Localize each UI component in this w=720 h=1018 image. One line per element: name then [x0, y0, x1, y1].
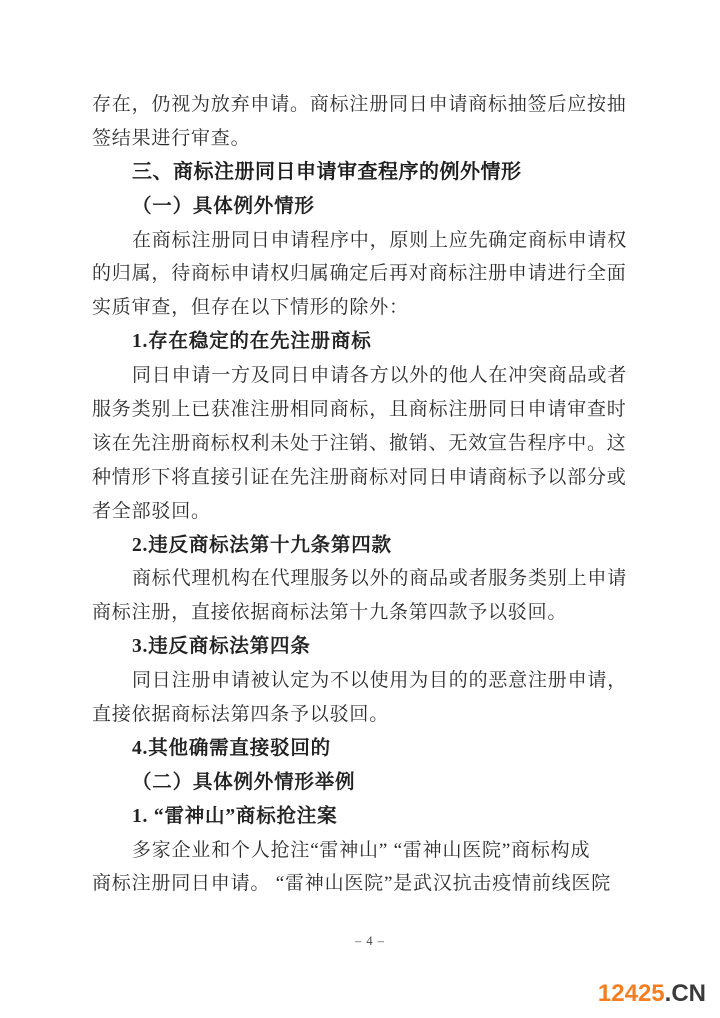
site-watermark: 12425.CN [598, 982, 706, 1006]
sub-heading: （一）具体例外情形 [92, 190, 628, 224]
document-page: 存在，仍视为放弃申请。商标注册同日申请商标抽签后应按抽 签结果进行审查。 三、商… [0, 0, 720, 1018]
body-line: 签结果进行审查。 [92, 122, 628, 156]
body-line: 的归属，待商标申请权归属确定后再对商标注册申请进行全面 [92, 257, 628, 291]
body-line: 同日注册申请被认定为不以使用为目的的恶意注册申请， [92, 664, 628, 698]
numbered-heading: 4.其他确需直接驳回的 [92, 732, 628, 766]
sub-heading: （二）具体例外情形举例 [92, 766, 628, 800]
numbered-heading: 2.违反商标法第十九条第四款 [92, 529, 628, 563]
body-line: 实质审查，但存在以下情形的除外： [92, 291, 628, 325]
watermark-tld: .CN [665, 980, 706, 1007]
numbered-heading: 1.存在稳定的在先注册商标 [92, 325, 628, 359]
body-line: 服务类别上已获准注册相同商标，且商标注册同日申请审查时 [92, 393, 628, 427]
body-line: 该在先注册商标权利未处于注销、撤销、无效宣告程序中。这 [92, 427, 628, 461]
body-line: 商标注册同日申请。 “雷神山医院”是武汉抗击疫情前线医院 [92, 867, 628, 901]
body-line: 多家企业和个人抢注“雷神山” “雷神山医院”商标构成 [92, 834, 628, 868]
document-body: 存在，仍视为放弃申请。商标注册同日申请商标抽签后应按抽 签结果进行审查。 三、商… [92, 88, 628, 901]
section-heading: 三、商标注册同日申请审查程序的例外情形 [92, 156, 628, 190]
body-line: 在商标注册同日申请程序中，原则上应先确定商标申请权 [92, 224, 628, 258]
watermark-number: 12425 [598, 980, 665, 1007]
numbered-heading: 1. “雷神山”商标抢注案 [92, 800, 628, 834]
page-number: – 4 – [92, 934, 648, 949]
body-line: 同日申请一方及同日申请各方以外的他人在冲突商品或者 [92, 359, 628, 393]
body-line: 者全部驳回。 [92, 495, 628, 529]
body-line: 商标代理机构在代理服务以外的商品或者服务类别上申请 [92, 562, 628, 596]
body-line: 商标注册，直接依据商标法第十九条第四款予以驳回。 [92, 596, 628, 630]
numbered-heading: 3.违反商标法第四条 [92, 630, 628, 664]
body-line: 存在，仍视为放弃申请。商标注册同日申请商标抽签后应按抽 [92, 88, 628, 122]
body-line: 种情形下将直接引证在先注册商标对同日申请商标予以部分或 [92, 461, 628, 495]
body-line: 直接依据商标法第四条予以驳回。 [92, 698, 628, 732]
